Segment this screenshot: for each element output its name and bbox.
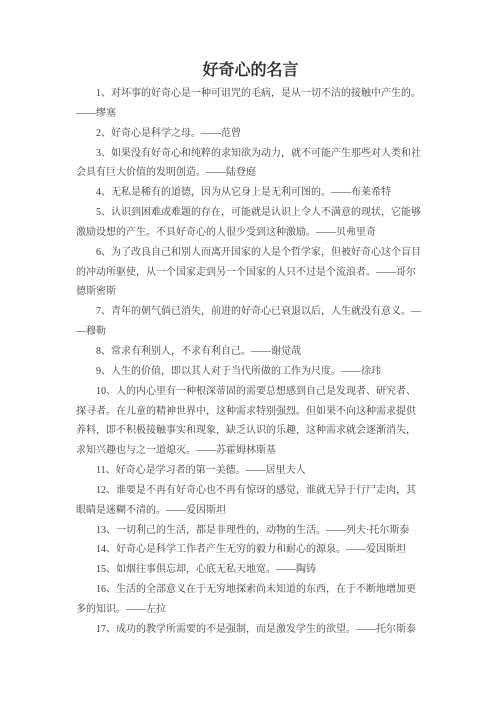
text-line: 6、为了改良自己和别人而离开国家的人是个哲学家，但被好奇心这个盲目 [76,243,425,263]
text-line: 12、谁要是不再有好奇心也不再有惊讶的感觉，谁就无异于行尸走肉，其 [76,481,425,501]
text-line: 养料，即不积极接触事实和现象，缺乏认识的乐趣，这种需求就会逐渐消失， [76,421,425,441]
text-line: 求知兴趣也与之一道熄灭。——苏霍姆林斯基 [76,441,425,461]
text-line: 7、青年的朝气倘已消失，前进的好奇心已衰退以后，人生就没有意义。— [76,302,425,322]
text-line: 4、无私是稀有的道德，因为从它身上是无利可图的。——布莱希特 [76,183,425,203]
text-line: 1、对坏事的好奇心是一种可诅咒的毛病，是从一切不洁的接触中产生的。 [76,84,425,104]
text-line: 会具有巨大价值的发明创造。——陆登庭 [76,163,425,183]
text-line: 13、一切利己的生活，都是非理性的，动物的生活。——列夫·托尔斯泰 [76,521,425,541]
document-page: 好奇心的名言 1、对坏事的好奇心是一种可诅咒的毛病，是从一切不洁的接触中产生的。… [0,0,500,707]
text-line: 激励设想的产生。不具好奇心的人很少受到这种激励。——贝弗里奇 [76,223,425,243]
text-line: 9、人生的价值，即以其人对于当代所做的工作为尺度。——徐玮 [76,362,425,382]
text-line: 多的知识。——左拉 [76,600,425,620]
text-line: 10、人的内心里有一种根深蒂固的需要总想感到自己是发现者、研究者、 [76,382,425,402]
text-line: 探寻者。在儿童的精神世界中，这种需求特别强烈。但如果不向这种需求提供 [76,402,425,422]
text-line: 5、认识到困难或难题的存在，可能就是认识上令人不满意的现状，它能够 [76,203,425,223]
page-title: 好奇心的名言 [76,59,425,83]
text-line: 的冲动所驱使，从一个国家走到另一个国家的人只不过是个流浪者。——哥尔 [76,263,425,283]
text-line: 8、常求有利别人，不求有利自己。——谢觉哉 [76,342,425,362]
text-line: 14、好奇心是科学工作者产生无穷的毅力和耐心的源泉。——爱因斯坦 [76,540,425,560]
text-line: 16、生活的全部意义在于无穷地探索尚未知道的东西，在于不断地增加更 [76,580,425,600]
text-line: 眼睛是迷糊不清的。——爱因斯坦 [76,501,425,521]
text-line: 17、成功的教学所需要的不是强制，而是激发学生的欲望。——托尔斯泰 [76,620,425,640]
text-line: ——缪塞 [76,104,425,124]
document-body: 1、对坏事的好奇心是一种可诅咒的毛病，是从一切不洁的接触中产生的。——缪塞2、好… [76,84,425,640]
text-line: 11、好奇心是学习者的第一美德。——居里夫人 [76,461,425,481]
text-line: —穆勒 [76,322,425,342]
text-line: 15、如烟往事俱忘却，心底无私天地宽。——陶铸 [76,560,425,580]
text-line: 3、如果没有好奇心和纯粹的求知欲为动力，就不可能产生那些对人类和社 [76,144,425,164]
text-line: 德斯密斯 [76,282,425,302]
text-line: 2、好奇心是科学之母。——范曾 [76,124,425,144]
